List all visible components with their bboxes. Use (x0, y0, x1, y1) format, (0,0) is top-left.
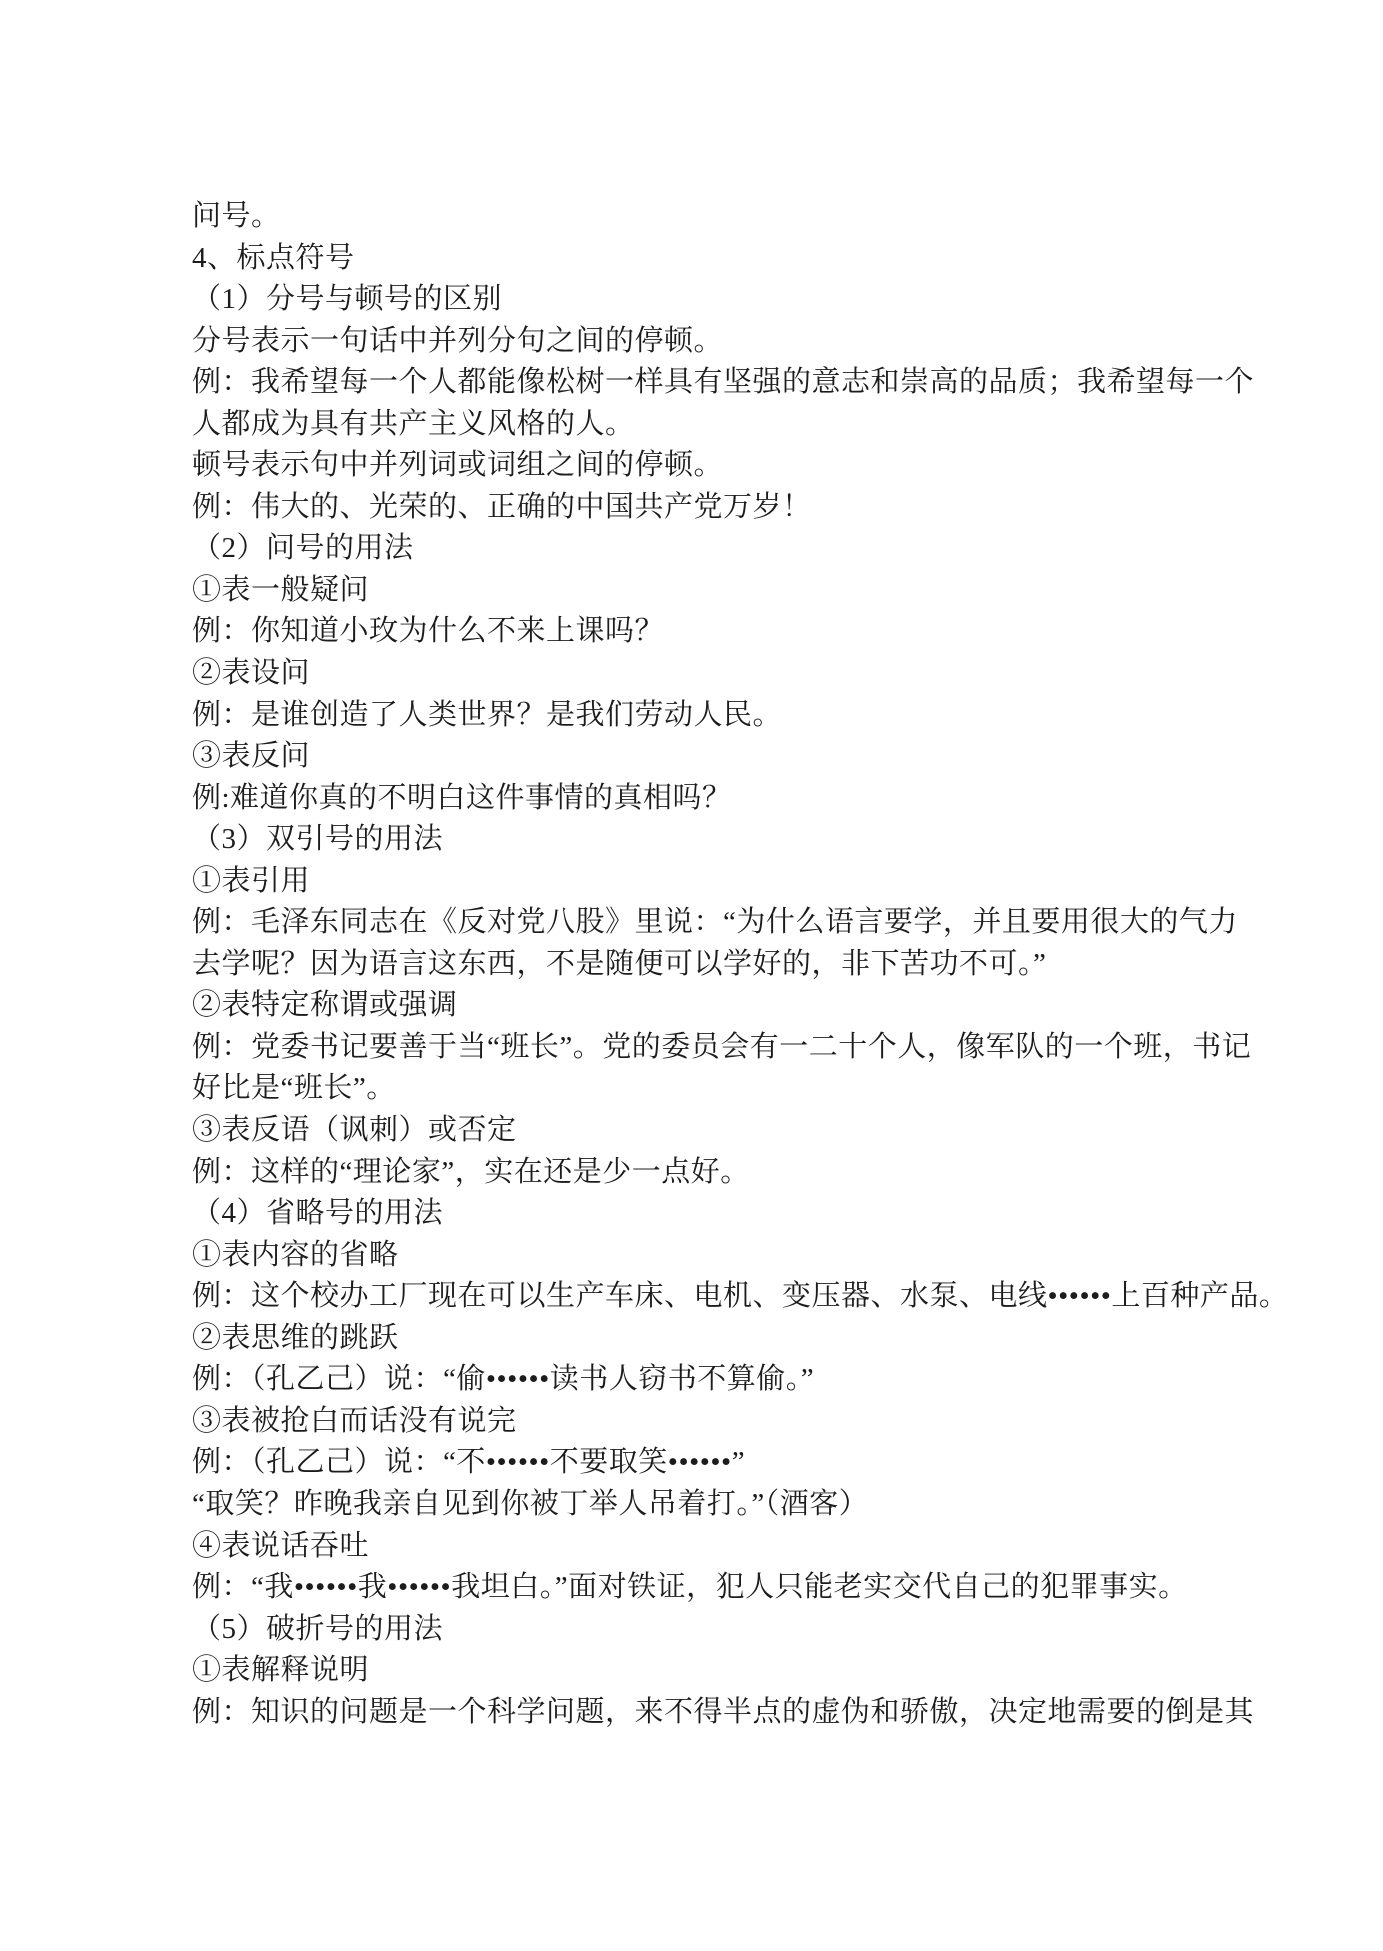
text-line: ①表引用 (192, 861, 1323, 903)
text-line: 顿号表示句中并列词或词组之间的停顿。 (192, 445, 1323, 487)
text-line: ②表思维的跳跃 (192, 1318, 1323, 1360)
text-line: 好比是“班长”。 (192, 1068, 1323, 1110)
text-line: 例：（孔乙己）说：“偷••••••读书人窃书不算偷。” (192, 1359, 1323, 1401)
text-line: 去学呢？因为语言这东西，不是随便可以学好的，非下苦功不可。” (192, 944, 1323, 986)
text-line: ①表内容的省略 (192, 1235, 1323, 1277)
text-line: （3）双引号的用法 (192, 819, 1323, 861)
text-line: ②表特定称谓或强调 (192, 985, 1323, 1027)
text-line: 问号。 (192, 196, 1323, 238)
text-line: ①表解释说明 (192, 1650, 1323, 1692)
text-line: 人都成为具有共产主义风格的人。 (192, 404, 1323, 446)
text-line: ④表说话吞吐 (192, 1526, 1323, 1568)
text-line: 例：（孔乙己）说：“不••••••不要取笑••••••” (192, 1442, 1323, 1484)
text-line: 例：你知道小玫为什么不来上课吗？ (192, 611, 1323, 653)
text-line: （4）省略号的用法 (192, 1193, 1323, 1235)
text-line: 例:难道你真的不明白这件事情的真相吗？ (192, 778, 1323, 820)
text-line: 例：这样的“理论家”，实在还是少一点好。 (192, 1152, 1323, 1194)
text-line: 例：知识的问题是一个科学问题，来不得半点的虚伪和骄傲，决定地需要的倒是其 (192, 1692, 1323, 1734)
document-text-block: 问号。4、标点符号（1）分号与顿号的区别分号表示一句话中并列分句之间的停顿。例：… (192, 196, 1323, 1733)
text-line: 例：“我••••••我••••••我坦白。”面对铁证，犯人只能老实交代自己的犯罪… (192, 1567, 1323, 1609)
text-line: 例：这个校办工厂现在可以生产车床、电机、变压器、水泵、电线••••••上百种产品… (192, 1276, 1323, 1318)
text-line: 分号表示一句话中并列分句之间的停顿。 (192, 321, 1323, 363)
text-line: ③表反问 (192, 736, 1323, 778)
text-line: 例：是谁创造了人类世界？是我们劳动人民。 (192, 695, 1323, 737)
text-line: ①表一般疑问 (192, 570, 1323, 612)
text-line: ③表反语（讽刺）或否定 (192, 1110, 1323, 1152)
text-line: 例：毛泽东同志在《反对党八股》里说：“为什么语言要学，并且要用很大的气力 (192, 902, 1323, 944)
text-line: 例：我希望每一个人都能像松树一样具有坚强的意志和崇高的品质；我希望每一个 (192, 362, 1323, 404)
document-page: 问号。4、标点符号（1）分号与顿号的区别分号表示一句话中并列分句之间的停顿。例：… (0, 0, 1383, 1951)
text-line: ③表被抢白而话没有说完 (192, 1401, 1323, 1443)
text-line: ②表设问 (192, 653, 1323, 695)
text-line: （2）问号的用法 (192, 528, 1323, 570)
text-line: 例：伟大的、光荣的、正确的中国共产党万岁！ (192, 487, 1323, 529)
text-line: （1）分号与顿号的区别 (192, 279, 1323, 321)
text-line: 4、标点符号 (192, 238, 1323, 280)
text-line: （5）破折号的用法 (192, 1609, 1323, 1651)
text-line: “取笑？昨晚我亲自见到你被丁举人吊着打。”（酒客） (192, 1484, 1323, 1526)
text-line: 例：党委书记要善于当“班长”。党的委员会有一二十个人，像军队的一个班，书记 (192, 1027, 1323, 1069)
